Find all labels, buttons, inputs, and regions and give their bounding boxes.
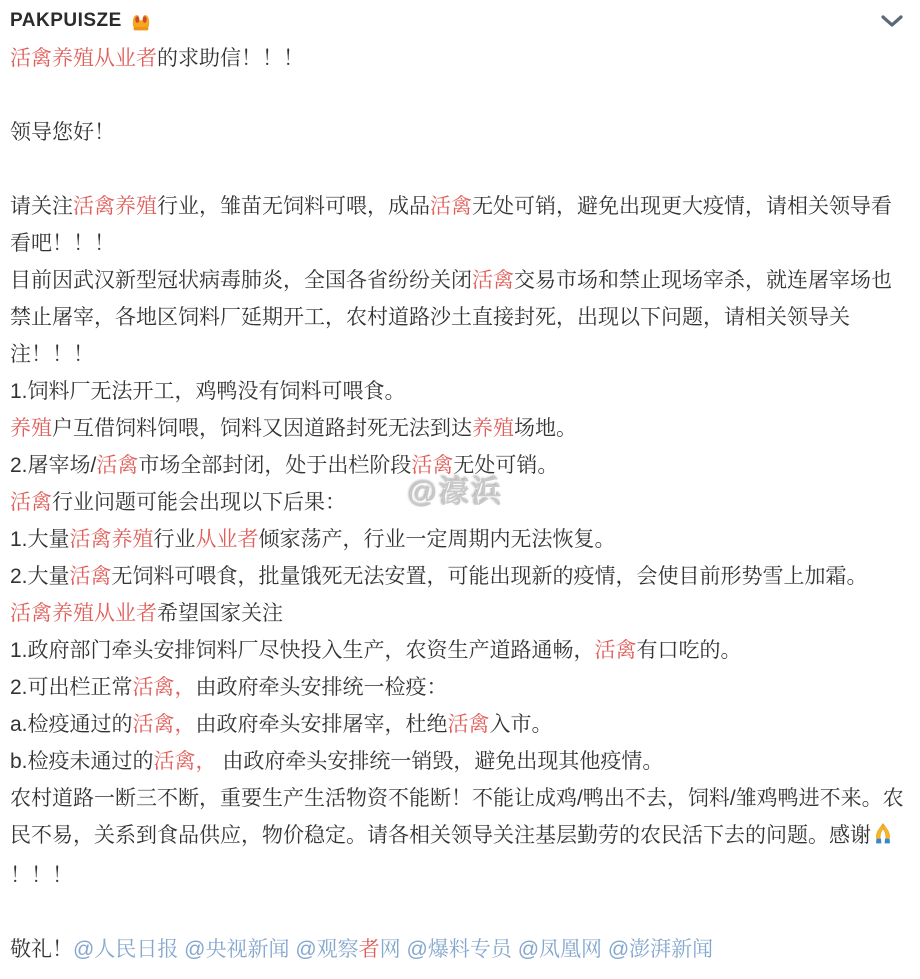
highlighted-text: 活禽 — [430, 195, 472, 218]
post-paragraph — [10, 77, 910, 114]
post-paragraph: 1.饲料厂无法开工，鸡鸭没有饲料可喂食。 — [10, 373, 910, 410]
highlighted-text: 活禽， — [154, 750, 217, 773]
mention-link[interactable]: @人民日报 — [73, 938, 178, 961]
post-paragraph: 1.大量活禽养殖行业从业者倾家荡产，行业一定周期内无法恢复。 — [10, 521, 910, 558]
post-text: 行业问题可能会出现以下后果： — [52, 491, 346, 514]
post-text: 场地。 — [514, 417, 577, 440]
crown-icon — [129, 11, 153, 32]
post-text: 2.大量 — [10, 565, 70, 588]
post-paragraph: 2.大量活禽无饲料可喂食，批量饿死无法安置，可能出现新的疫情，会使目前形势雪上加… — [10, 558, 910, 595]
post-text: ！！！ — [10, 864, 73, 887]
post-text: 1.饲料厂无法开工，鸡鸭没有饲料可喂食。 — [10, 380, 406, 403]
post-paragraph: b.检疫未通过的活禽， 由政府牵头安排统一销毁，避免出现其他疫情。 — [10, 743, 910, 780]
highlighted-text: 活禽 — [472, 269, 514, 292]
post-text: 希望国家关注 — [157, 602, 283, 625]
post-paragraph: 领导您好！ — [10, 114, 910, 151]
post-paragraph: 1.政府部门牵头安排饲料厂尽快投入生产，农资生产道路通畅，活禽有口吃的。 — [10, 632, 910, 669]
highlighted-text: 活禽 — [595, 639, 637, 662]
post-paragraph: 活禽养殖从业者希望国家关注 — [10, 595, 910, 632]
chevron-down-icon — [880, 14, 904, 28]
post-text: a.检疫通过的 — [10, 713, 133, 736]
post-header: PAKPUISZE — [0, 0, 920, 35]
post-text: 行业，雏苗无饲料可喂，成品 — [157, 195, 430, 218]
post-text: 由政府牵头安排统一检疫： — [196, 676, 448, 699]
post-text: 户互借饲料饲喂，饲料又因道路封死无法到达 — [52, 417, 472, 440]
post-text: 市场全部封闭，处于出栏阶段 — [138, 454, 411, 477]
mention-link[interactable]: @凤凰网 — [518, 938, 602, 961]
post-text: b.检疫未通过的 — [10, 750, 154, 773]
post-text: 无处可销。 — [453, 454, 558, 477]
mention-link[interactable]: 网 — [380, 938, 401, 961]
highlighted-text: 养殖 — [472, 417, 514, 440]
post-paragraph: 2.可出栏正常活禽，由政府牵头安排统一检疫： — [10, 669, 910, 706]
username[interactable]: PAKPUISZE — [10, 10, 122, 32]
highlighted-text: 活禽养殖从业者 — [10, 602, 157, 625]
post-paragraph: 目前因武汉新型冠状病毒肺炎，全国各省纷纷关闭活禽交易市场和禁止现场宰杀，就连屠宰… — [10, 262, 910, 373]
post-text: 入市。 — [490, 713, 553, 736]
post-paragraph: a.检疫通过的活禽，由政府牵头安排屠宰，杜绝活禽入市。 — [10, 706, 910, 743]
post-text: 倾家荡产，行业一定周期内无法恢复。 — [259, 528, 616, 551]
highlighted-text: 活禽， — [133, 713, 196, 736]
collapse-button[interactable] — [878, 12, 906, 30]
highlighted-text: 活禽， — [133, 676, 196, 699]
post-paragraph: 请关注活禽养殖行业，雏苗无饲料可喂，成品活禽无处可销，避免出现更大疫情，请相关领… — [10, 188, 910, 262]
highlighted-text: 者 — [359, 938, 380, 961]
highlighted-text: 活禽养殖从业者 — [10, 47, 157, 70]
highlighted-text: 活禽 — [70, 565, 112, 588]
highlighted-text: 活禽养殖 — [70, 528, 154, 551]
mention-link[interactable]: @观察 — [295, 938, 358, 961]
post-text: 领导您好！ — [10, 121, 115, 144]
post-text: 2.可出栏正常 — [10, 676, 133, 699]
post-text: 农村道路一断三不断，重要生产生活物资不能断！不能让成鸡/鸭出不去，饲料/雏鸡鸭进… — [10, 787, 904, 847]
post-paragraph: 2.屠宰场/活禽市场全部封闭，处于出栏阶段活禽无处可销。 — [10, 447, 910, 484]
highlighted-text: 活禽 — [10, 491, 52, 514]
post-text: 由政府牵头安排统一销毁，避免出现其他疫情。 — [217, 750, 664, 773]
post-text: 2.屠宰场/ — [10, 454, 96, 477]
post-paragraph: 敬礼！@人民日报 @央视新闻 @观察者网 @爆料专员 @凤凰网 @澎湃新闻 — [10, 931, 910, 968]
highlighted-text: 活禽养殖 — [73, 195, 157, 218]
mention-link[interactable]: @央视新闻 — [184, 938, 289, 961]
post-text: 请关注 — [10, 195, 73, 218]
post-text: 目前因武汉新型冠状病毒肺炎，全国各省纷纷关闭 — [10, 269, 472, 292]
highlighted-text: 活禽 — [96, 454, 138, 477]
post-paragraph: 活禽养殖从业者的求助信！！！ — [10, 40, 910, 77]
highlighted-text: 养殖 — [10, 417, 52, 440]
highlighted-text: 活禽 — [411, 454, 453, 477]
post-body: 活禽养殖从业者的求助信！！！领导您好！请关注活禽养殖行业，雏苗无饲料可喂，成品活… — [0, 35, 920, 968]
post-paragraph — [10, 151, 910, 188]
highlighted-text: 从业者 — [196, 528, 259, 551]
post-paragraph: 活禽行业问题可能会出现以下后果： — [10, 484, 910, 521]
post-text: 由政府牵头安排屠宰，杜绝 — [196, 713, 448, 736]
post-paragraph: 农村道路一断三不断，重要生产生活物资不能断！不能让成鸡/鸭出不去，饲料/雏鸡鸭进… — [10, 780, 910, 894]
mention-link[interactable]: @爆料专员 — [407, 938, 512, 961]
post-text: 无饲料可喂食，批量饿死无法安置，可能出现新的疫情，会使目前形势雪上加霜。 — [112, 565, 868, 588]
post-paragraph — [10, 894, 910, 931]
folded-hands-icon — [872, 820, 894, 857]
post-paragraph: 养殖户互借饲料饲喂，饲料又因道路封死无法到达养殖场地。 — [10, 410, 910, 447]
highlighted-text: 活禽 — [448, 713, 490, 736]
post-text: 行业 — [154, 528, 196, 551]
post-text: 有口吃的。 — [637, 639, 742, 662]
post-text: 1.大量 — [10, 528, 70, 551]
post-text: 1.政府部门牵头安排饲料厂尽快投入生产，农资生产道路通畅， — [10, 639, 595, 662]
post-text: 敬礼！ — [10, 938, 73, 961]
mention-link[interactable]: @澎湃新闻 — [608, 938, 713, 961]
post-text: 的求助信！！！ — [157, 47, 304, 70]
